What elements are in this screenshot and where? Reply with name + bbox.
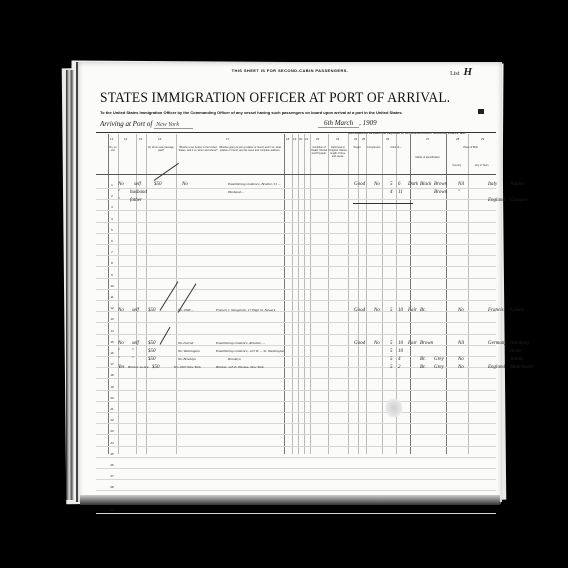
col-number: 16 bbox=[158, 137, 161, 141]
row-number: 17 bbox=[108, 362, 116, 366]
col-header-list-no: No. on List. bbox=[108, 146, 118, 152]
col-number: 26 bbox=[386, 137, 389, 141]
port-value: New York bbox=[154, 122, 193, 129]
col-header-passage-paid: By whom was passage paid? bbox=[146, 146, 176, 152]
row-number: 19 bbox=[108, 385, 116, 389]
pen-stroke bbox=[353, 203, 413, 204]
col-number: 28 bbox=[456, 137, 459, 141]
row-number: 12 bbox=[108, 306, 116, 310]
row-number: 28 bbox=[108, 485, 116, 489]
col-number: 27 bbox=[426, 137, 429, 141]
row-number: 16 bbox=[108, 351, 116, 355]
col-number: 20 bbox=[299, 137, 302, 141]
row-number: 9 bbox=[108, 273, 116, 277]
col-number: 19 bbox=[293, 137, 296, 141]
row-number: 3 bbox=[108, 205, 116, 209]
col-header-color: Color of— bbox=[382, 146, 410, 149]
row-rule bbox=[96, 434, 496, 435]
row-number: 7 bbox=[108, 250, 116, 254]
row-number: 22 bbox=[108, 418, 116, 422]
instruction-text: To the United States Immigration Officer… bbox=[100, 110, 403, 115]
row-number: 23 bbox=[108, 429, 116, 433]
col-number: 17 bbox=[226, 137, 229, 141]
row-rule bbox=[96, 233, 496, 234]
row-number: 2 bbox=[108, 194, 116, 198]
row-number: 18 bbox=[108, 373, 116, 377]
row-number: 26 bbox=[108, 463, 116, 467]
row-rule bbox=[96, 345, 496, 346]
col-number: 22 bbox=[316, 137, 319, 141]
row-rule bbox=[96, 300, 496, 301]
form-stamp-icon bbox=[478, 109, 484, 114]
row-number: 5 bbox=[108, 228, 116, 232]
col-number: 18 bbox=[286, 137, 289, 141]
row-rule bbox=[96, 446, 496, 447]
row-number: 6 bbox=[108, 239, 116, 243]
col-number: 24 bbox=[354, 137, 357, 141]
col-number: 14 bbox=[124, 137, 127, 141]
col-number: 29 bbox=[481, 137, 484, 141]
row-rule bbox=[96, 457, 496, 458]
row-number: 11 bbox=[108, 295, 116, 299]
row-rule bbox=[96, 210, 496, 211]
col-header-deformed: Deformed or Crippled. Nature, length of … bbox=[328, 146, 348, 158]
row-number: 30 bbox=[108, 508, 116, 512]
row-rule bbox=[96, 311, 496, 312]
row-number: 1 bbox=[108, 183, 116, 187]
row-number: 10 bbox=[108, 284, 116, 288]
row-number: 15 bbox=[108, 340, 116, 344]
list-number: ListH bbox=[450, 66, 472, 78]
row-number: 20 bbox=[108, 396, 116, 400]
row-rule bbox=[96, 289, 496, 290]
row-rule bbox=[96, 390, 496, 391]
row-number: 21 bbox=[108, 407, 116, 411]
row-rule bbox=[96, 378, 496, 379]
row-rule bbox=[96, 244, 496, 245]
col-header-height: Height bbox=[348, 146, 366, 149]
col-number: 13 bbox=[110, 137, 113, 141]
manifest-page: THIS SHEET IS FOR SECOND-CABIN PASSENGER… bbox=[76, 62, 502, 502]
row-number: 24 bbox=[108, 441, 116, 445]
page-edge-bottom bbox=[80, 495, 500, 505]
row-rule bbox=[96, 468, 496, 469]
sheet-note: THIS SHEET IS FOR SECOND-CABIN PASSENGER… bbox=[78, 68, 502, 73]
row-rule bbox=[96, 401, 496, 402]
page-edge-left bbox=[66, 70, 74, 500]
col-header-complexion: Complexion. bbox=[366, 146, 382, 149]
paper-stain bbox=[385, 398, 403, 418]
page-title: STATES IMMIGRATION OFFICER AT PORT OF AR… bbox=[100, 90, 450, 107]
row-rule bbox=[96, 513, 496, 514]
col-header-health: Condition of Health, Mental and Physical… bbox=[310, 146, 328, 155]
row-rule bbox=[96, 278, 496, 279]
row-rule bbox=[96, 255, 496, 256]
col-number: 23 bbox=[336, 137, 339, 141]
row-rule bbox=[96, 188, 496, 189]
row-number: 27 bbox=[108, 474, 116, 478]
row-rule bbox=[96, 334, 496, 335]
row-rule bbox=[96, 490, 496, 491]
col-header-country: Country. bbox=[446, 164, 468, 167]
col-header-marks: Marks of Identification. bbox=[410, 156, 446, 159]
row-rule bbox=[96, 322, 496, 323]
row-rule bbox=[96, 266, 496, 267]
col-number: 15 bbox=[139, 137, 142, 141]
row-number: 14 bbox=[108, 329, 116, 333]
row-rule bbox=[96, 423, 496, 424]
col-header-relative: Whether going to join a relative or frie… bbox=[218, 146, 282, 152]
row-rule bbox=[96, 412, 496, 413]
col-header-before-in-us: Whether ever before in the United States… bbox=[178, 146, 218, 152]
header-rule bbox=[96, 132, 496, 133]
row-rule bbox=[96, 199, 496, 200]
arrival-date: 6th March, 1909 bbox=[318, 119, 377, 127]
col-header-city: City or Town. bbox=[468, 164, 496, 167]
row-number: 13 bbox=[108, 317, 116, 321]
row-rule bbox=[96, 222, 496, 223]
row-number: 4 bbox=[108, 217, 116, 221]
row-number: 25 bbox=[108, 452, 116, 456]
col-number: 21 bbox=[305, 137, 308, 141]
col-number: 25 bbox=[362, 137, 365, 141]
col-header-birthplace: Place of Birth. bbox=[446, 146, 496, 149]
row-rule bbox=[96, 479, 496, 480]
port-of-arrival: Arriving at Port of New York bbox=[100, 120, 193, 128]
row-number: 8 bbox=[108, 261, 116, 265]
